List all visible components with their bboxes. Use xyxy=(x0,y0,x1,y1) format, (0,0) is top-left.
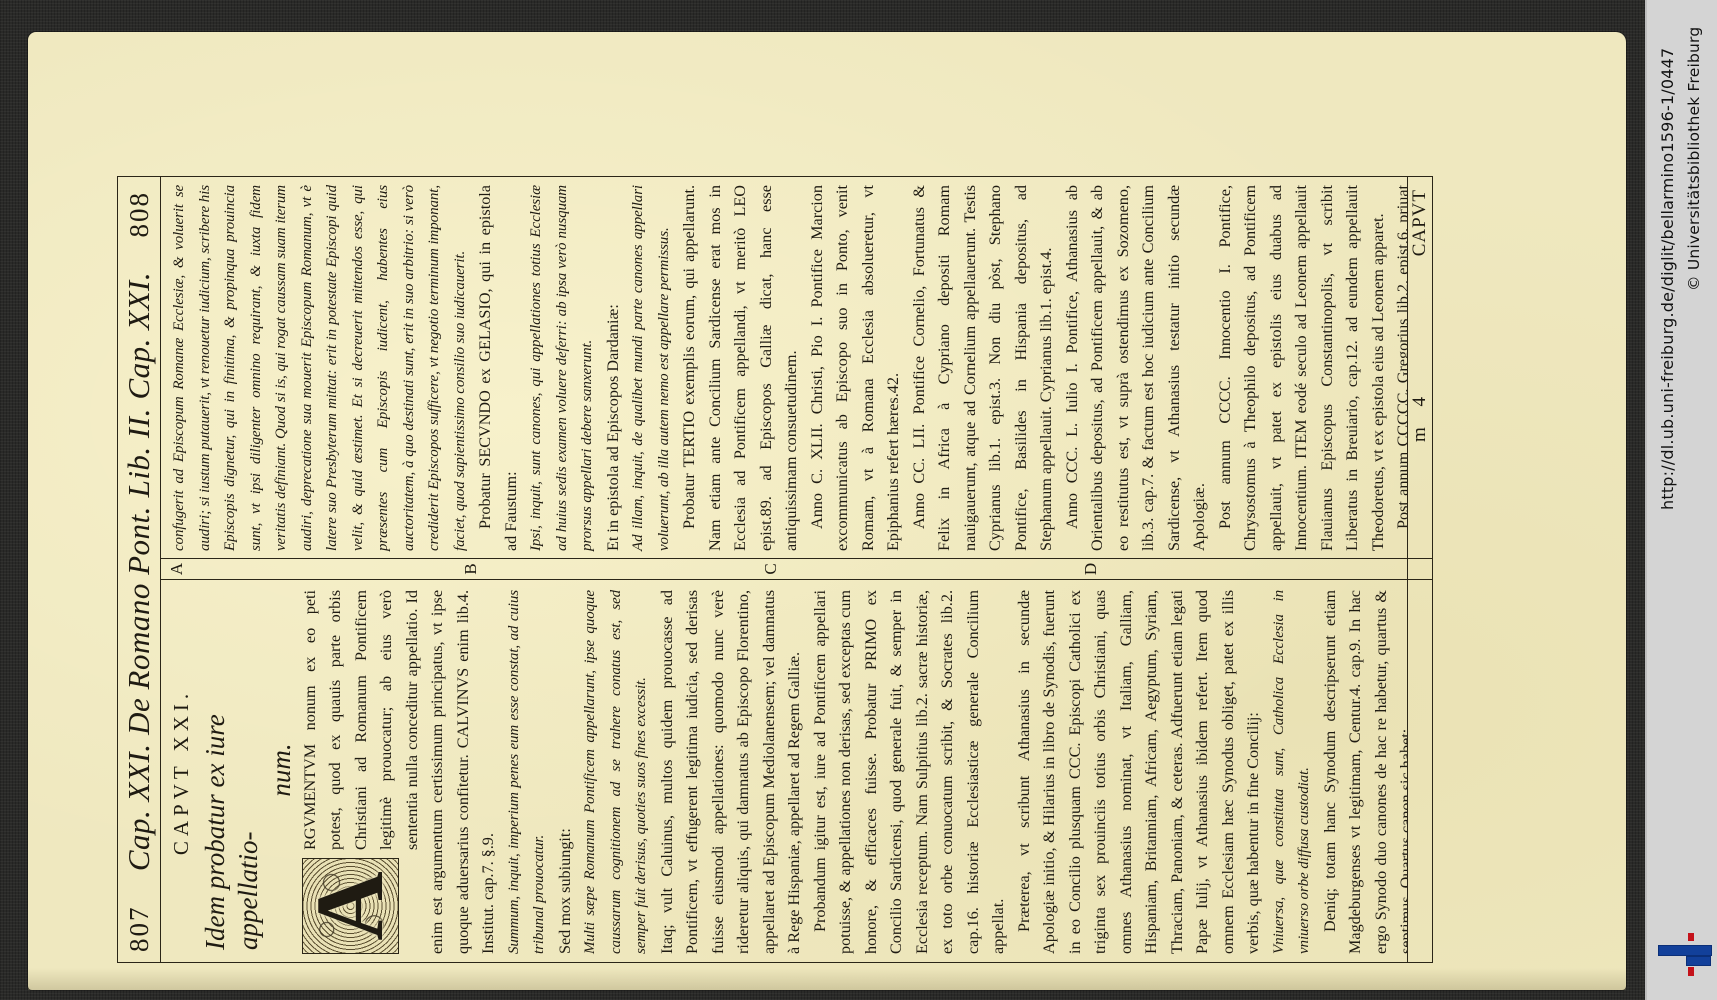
left-page-number: 807 xyxy=(124,906,155,953)
running-head: 807 Cap. XXI. De Romano Pont. Lib. II. C… xyxy=(118,177,161,962)
paragraph: Itaq; vult Caluinus, multos quidem prouo… xyxy=(655,590,808,954)
quotation: Multi sæpe Romanum Pontificem appellarun… xyxy=(578,590,655,954)
viewer-sidebar: http://dl.ub.uni-freiburg.de/diglit/bell… xyxy=(1645,0,1717,1000)
column-gutter: A B C D xyxy=(161,558,1432,580)
paragraph: Anno C. XLII. Christi, Pio I. Pontifice … xyxy=(805,185,907,551)
paragraph: Probatur TERTIO exemplis eorum, qui appe… xyxy=(677,185,805,551)
quotation: Vniuersa, quæ constituta sunt, Catholica… xyxy=(1267,590,1318,954)
quotation: Ipsi, inquit, sunt canones, qui appellat… xyxy=(524,185,601,551)
paragraph: Probandum igitur est, iure ad Pontificem… xyxy=(808,590,1012,954)
margin-letter-b: B xyxy=(461,559,481,579)
permalink-url[interactable]: http://dl.ub.uni-freiburg.de/diglit/bell… xyxy=(1658,48,1677,510)
margin-letter-c: C xyxy=(761,559,781,579)
printed-page-rotated: 807 Cap. XXI. De Romano Pont. Lib. II. C… xyxy=(117,176,1433,963)
chapter-title-cont: num. xyxy=(265,590,298,950)
paragraph: Sed mox subiungit: xyxy=(553,590,579,954)
copyright-notice: © Universitätsbibliothek Freiburg xyxy=(1685,27,1703,291)
chapter-label: CAPVT XXI. xyxy=(169,590,195,954)
catchword: CAPVT xyxy=(1409,189,1431,256)
right-page-number: 808 xyxy=(124,191,155,238)
chapter-title: Idem probatur ex iure appellatio- num. xyxy=(199,590,298,954)
text-frame: 807 Cap. XXI. De Romano Pont. Lib. II. C… xyxy=(117,176,1433,963)
paragraph: Post annum CCCC. Innocentio I. Pontifice… xyxy=(1213,185,1392,551)
margin-letter-d: D xyxy=(1081,559,1101,579)
quotation: Ad illam, inquit, de qualibet mundi part… xyxy=(626,185,677,551)
library-logo-icon xyxy=(1658,930,1713,980)
paragraph: Post annum CCCCC. Gregorius lib.2. epist… xyxy=(1391,185,1407,551)
ornamental-initial: A xyxy=(302,858,399,954)
margin-letter-a: A xyxy=(167,559,187,579)
chapter-title-line: Idem probatur ex iure appellatio- xyxy=(200,714,263,950)
left-chapter: Cap. XXI. xyxy=(121,744,157,872)
running-head-titles: Cap. XXI. De Romano Pont. Lib. II. Cap. … xyxy=(121,238,157,906)
page-edge-shadow xyxy=(28,968,1626,990)
paragraph: Præterea, vt scribunt Athanasius in secu… xyxy=(1012,590,1267,954)
paragraph: Probatur SECVNDO ex GELASIO, qui in epis… xyxy=(473,185,524,551)
work-title: De Romano Pont. xyxy=(121,506,157,735)
paragraph: Anno CCC. L. Iulio I. Pontifice, Athanas… xyxy=(1060,185,1213,551)
left-column: CAPVT XXI. Idem probatur ex iure appella… xyxy=(161,582,1407,962)
quotation: Summum, inquit, imperium penes eum esse … xyxy=(502,590,553,954)
paragraph: Et in epistola ad Episcopos Dardaniæ: xyxy=(601,185,627,551)
right-chapter: Cap. XXI. xyxy=(121,272,157,400)
paragraph: Anno CC. LII. Pontifice Cornelio, Fortun… xyxy=(907,185,1060,551)
book-number: Lib. II. xyxy=(121,408,157,497)
text-body: CAPVT XXI. Idem probatur ex iure appella… xyxy=(161,177,1407,962)
paragraph: Deniq; totam hanc Synodum descripserunt … xyxy=(1318,590,1408,954)
right-column: confugerit ad Episcopum Romanæ Ecclesiæ,… xyxy=(161,175,1407,559)
page-footer: m 4 CAPVT xyxy=(1407,177,1432,962)
quotation: confugerit ad Episcopum Romanæ Ecclesiæ,… xyxy=(167,185,473,551)
signature-mark: m 4 xyxy=(1409,389,1431,442)
drop-cap-letter: A xyxy=(303,859,398,953)
